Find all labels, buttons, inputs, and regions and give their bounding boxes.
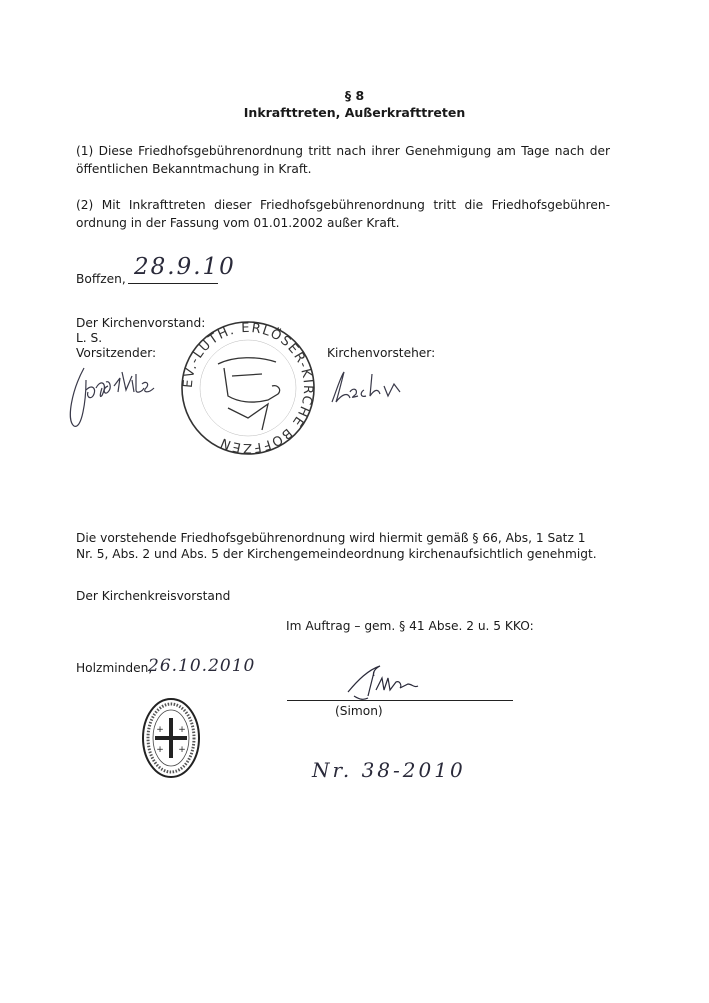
signature-member bbox=[322, 362, 412, 412]
svg-text:+: + bbox=[178, 745, 186, 755]
signature-line bbox=[287, 700, 513, 701]
approval-line-1: Die vorstehende Friedhofsgebührenordnung… bbox=[76, 531, 585, 545]
signer-name: (Simon) bbox=[335, 704, 383, 718]
mandate-text: Im Auftrag – gem. § 41 Abse. 2 u. 5 KKO: bbox=[286, 619, 534, 633]
signature-chair bbox=[64, 360, 154, 430]
svg-text:+: + bbox=[156, 745, 164, 755]
approval-line-2: Nr. 5, Abs. 2 und Abs. 5 der Kirchengeme… bbox=[76, 547, 597, 561]
member-label: Kirchenvorsteher: bbox=[327, 346, 435, 360]
place-boffzen: Boffzen, bbox=[76, 272, 126, 286]
handwritten-date-1: 28.9.10 bbox=[134, 254, 236, 280]
date-line-1 bbox=[128, 283, 218, 284]
ls-label: L. S. bbox=[76, 331, 102, 345]
church-seal-boffzen: EV.-LUTH. ERLÖSER-KIRCHE BOFFZEN bbox=[178, 318, 318, 458]
paragraph-2: (2) Mit Inkrafttreten dieser Friedhofsge… bbox=[76, 196, 610, 232]
handwritten-date-2: 26.10.2010 bbox=[148, 656, 255, 676]
svg-text:+: + bbox=[156, 725, 164, 735]
kirchenkreisvorstand-label: Der Kirchenkreisvorstand bbox=[76, 589, 230, 603]
place-holzminden: Holzminden, bbox=[76, 661, 152, 675]
church-seal-holzminden: + + + + bbox=[140, 696, 202, 780]
chair-label: Vorsitzender: bbox=[76, 346, 156, 360]
section-number: § 8 bbox=[0, 88, 709, 103]
svg-text:+: + bbox=[178, 725, 186, 735]
section-title: Inkrafttreten, Außerkrafttreten bbox=[0, 105, 709, 120]
paragraph-1: (1) Diese Friedhofsgebührenordnung tritt… bbox=[76, 142, 610, 178]
handwritten-number: Nr. 38-2010 bbox=[312, 758, 466, 782]
signature-simon bbox=[340, 660, 430, 705]
